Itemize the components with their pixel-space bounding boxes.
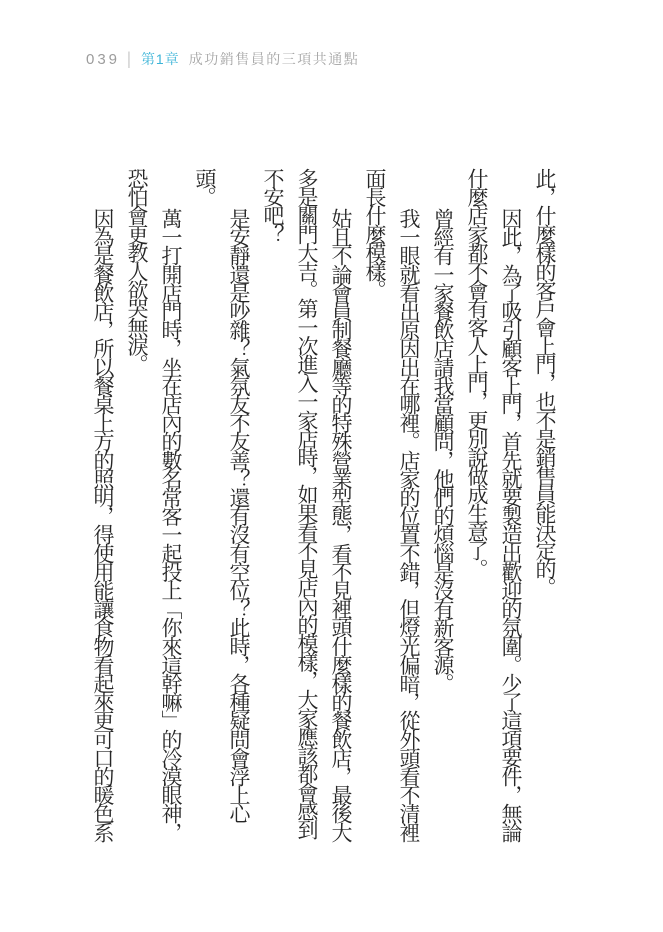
text-column-4: 曾經有一家餐飲店請我當顧問，他們的煩惱是沒有新客源。 bbox=[426, 168, 460, 848]
text-columns: 此，什麼樣的客戶會上門，也不是銷售員能決定的。因此，為了吸引顧客上門，首先就要製… bbox=[86, 168, 562, 848]
text-column-1: 此，什麼樣的客戶會上門，也不是銷售員能決定的。 bbox=[528, 168, 562, 848]
text-column-14: 因為是餐飲店，所以餐桌上方的照明，得使用能讓食物看起來更可口的暖色系 bbox=[86, 168, 120, 848]
page-number: 039 bbox=[86, 51, 120, 68]
text-column-12: 萬一打開店門時，坐在店內的數名常客一起投上「你來這幹嘛」的冷漠眼神， bbox=[154, 168, 188, 848]
text-column-3: 什麼店家都不會有客人上門，更別說做成生意了。 bbox=[460, 168, 494, 848]
chapter-title: 成功銷售員的三項共通點 bbox=[189, 49, 360, 69]
page-header: 039 | 第1章 成功銷售員的三項共通點 bbox=[86, 49, 359, 69]
text-column-13: 恐怕會更教人欲哭無淚。 bbox=[120, 168, 154, 848]
book-page: 039 | 第1章 成功銷售員的三項共通點 此，什麼樣的客戶會上門，也不是銷售員… bbox=[0, 0, 663, 932]
text-column-6: 面長什麼模樣。 bbox=[358, 168, 392, 848]
text-column-5: 我一眼就看出原因出在哪裡。店家的位置不錯，但燈光偏暗，從外頭看不清裡 bbox=[392, 168, 426, 848]
text-column-8: 多是關門大吉。第一次進入一家店時，如果看不見店內的模樣，大家應該都會感到 bbox=[290, 168, 324, 848]
header-divider: | bbox=[127, 49, 131, 69]
text-column-9: 不安吧？ bbox=[256, 168, 290, 848]
text-column-11: 頭。 bbox=[188, 168, 222, 848]
chapter-label: 第1章 bbox=[141, 49, 180, 69]
text-column-2: 因此，為了吸引顧客上門，首先就要製造出歡迎的氛圍。少了這項要件，無論 bbox=[494, 168, 528, 848]
text-column-7: 姑且不論會員制餐廳等的特殊營業型態，看不見裡頭什麼樣的餐飲店，最後大 bbox=[324, 168, 358, 848]
text-column-10: 是安靜還是吵雜？氣氛友不友善？還有沒有空位？此時，各種疑問會浮上心 bbox=[222, 168, 256, 848]
